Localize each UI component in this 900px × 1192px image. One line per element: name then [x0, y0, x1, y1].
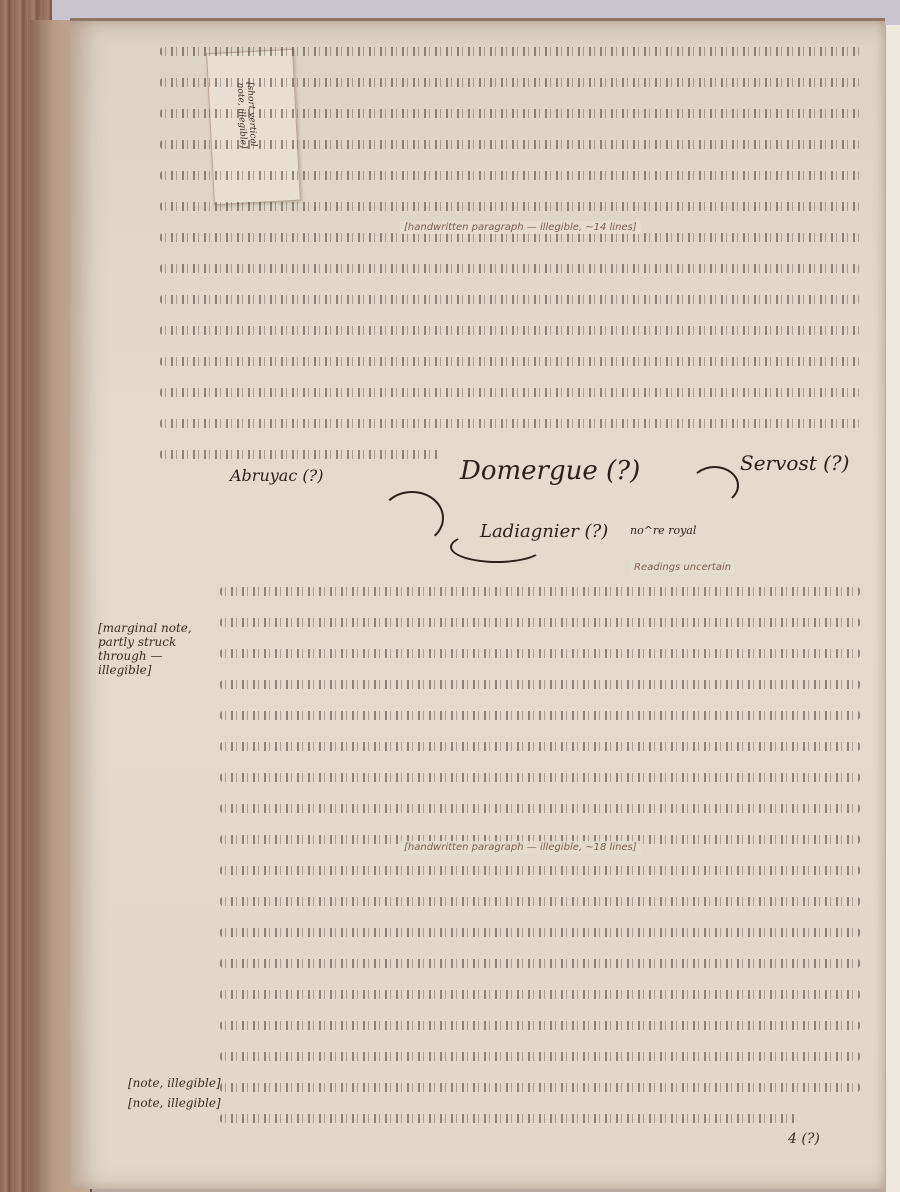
handwritten-line — [220, 858, 860, 883]
handwritten-line — [220, 1075, 860, 1100]
handwritten-line — [160, 442, 440, 467]
signature-2: Domergue (?) — [460, 456, 640, 486]
signature-caveat: Readings uncertain — [630, 561, 735, 574]
legibility-note-1: [handwritten paragraph — illegible, ~14 … — [400, 221, 641, 234]
signature-1: Abruyac (?) — [230, 466, 323, 485]
margin-note-bottom-1: [note, illegible] — [128, 1076, 221, 1090]
handwritten-line — [160, 70, 860, 95]
facing-page-edge — [885, 25, 900, 1192]
handwritten-line — [160, 101, 860, 126]
handwritten-line — [220, 889, 860, 914]
handwritten-line — [160, 256, 860, 281]
manuscript-page: [short vertical note, illegible] [handwr… — [70, 18, 885, 1189]
handwritten-line — [160, 163, 860, 188]
signature-4-title: no^re royal — [630, 524, 696, 537]
handwritten-line — [220, 610, 860, 635]
handwritten-line — [220, 920, 860, 945]
handwritten-line — [220, 672, 860, 697]
text-block-1 — [160, 39, 860, 473]
handwritten-line — [160, 39, 860, 64]
page-number: 4 (?) — [788, 1131, 820, 1147]
handwritten-line — [220, 703, 860, 728]
handwritten-line — [220, 765, 860, 790]
handwritten-line — [220, 641, 860, 666]
handwritten-line — [160, 194, 860, 219]
handwritten-line — [220, 579, 860, 604]
signature-flourish — [380, 491, 444, 545]
signature-3: Servost (?) — [740, 451, 849, 475]
handwritten-line — [220, 1013, 860, 1038]
handwritten-line — [160, 318, 860, 343]
handwritten-line — [160, 411, 860, 436]
handwritten-line — [220, 1106, 796, 1131]
handwritten-line — [160, 132, 860, 157]
handwritten-line — [220, 734, 860, 759]
handwritten-line — [220, 951, 860, 976]
handwritten-line — [160, 380, 860, 405]
margin-note-bottom-2: [note, illegible] — [128, 1096, 221, 1110]
handwritten-line — [160, 349, 860, 374]
handwritten-line — [220, 1044, 860, 1069]
handwritten-line — [220, 982, 860, 1007]
legibility-note-2: [handwritten paragraph — illegible, ~18 … — [400, 841, 641, 854]
margin-note-left: [marginal note, partly struck through — … — [98, 621, 198, 677]
handwritten-line — [220, 796, 860, 821]
text-block-2 — [220, 579, 860, 1137]
signature-flourish — [690, 466, 739, 505]
signature-flourish — [450, 531, 544, 563]
handwritten-line — [160, 287, 860, 312]
